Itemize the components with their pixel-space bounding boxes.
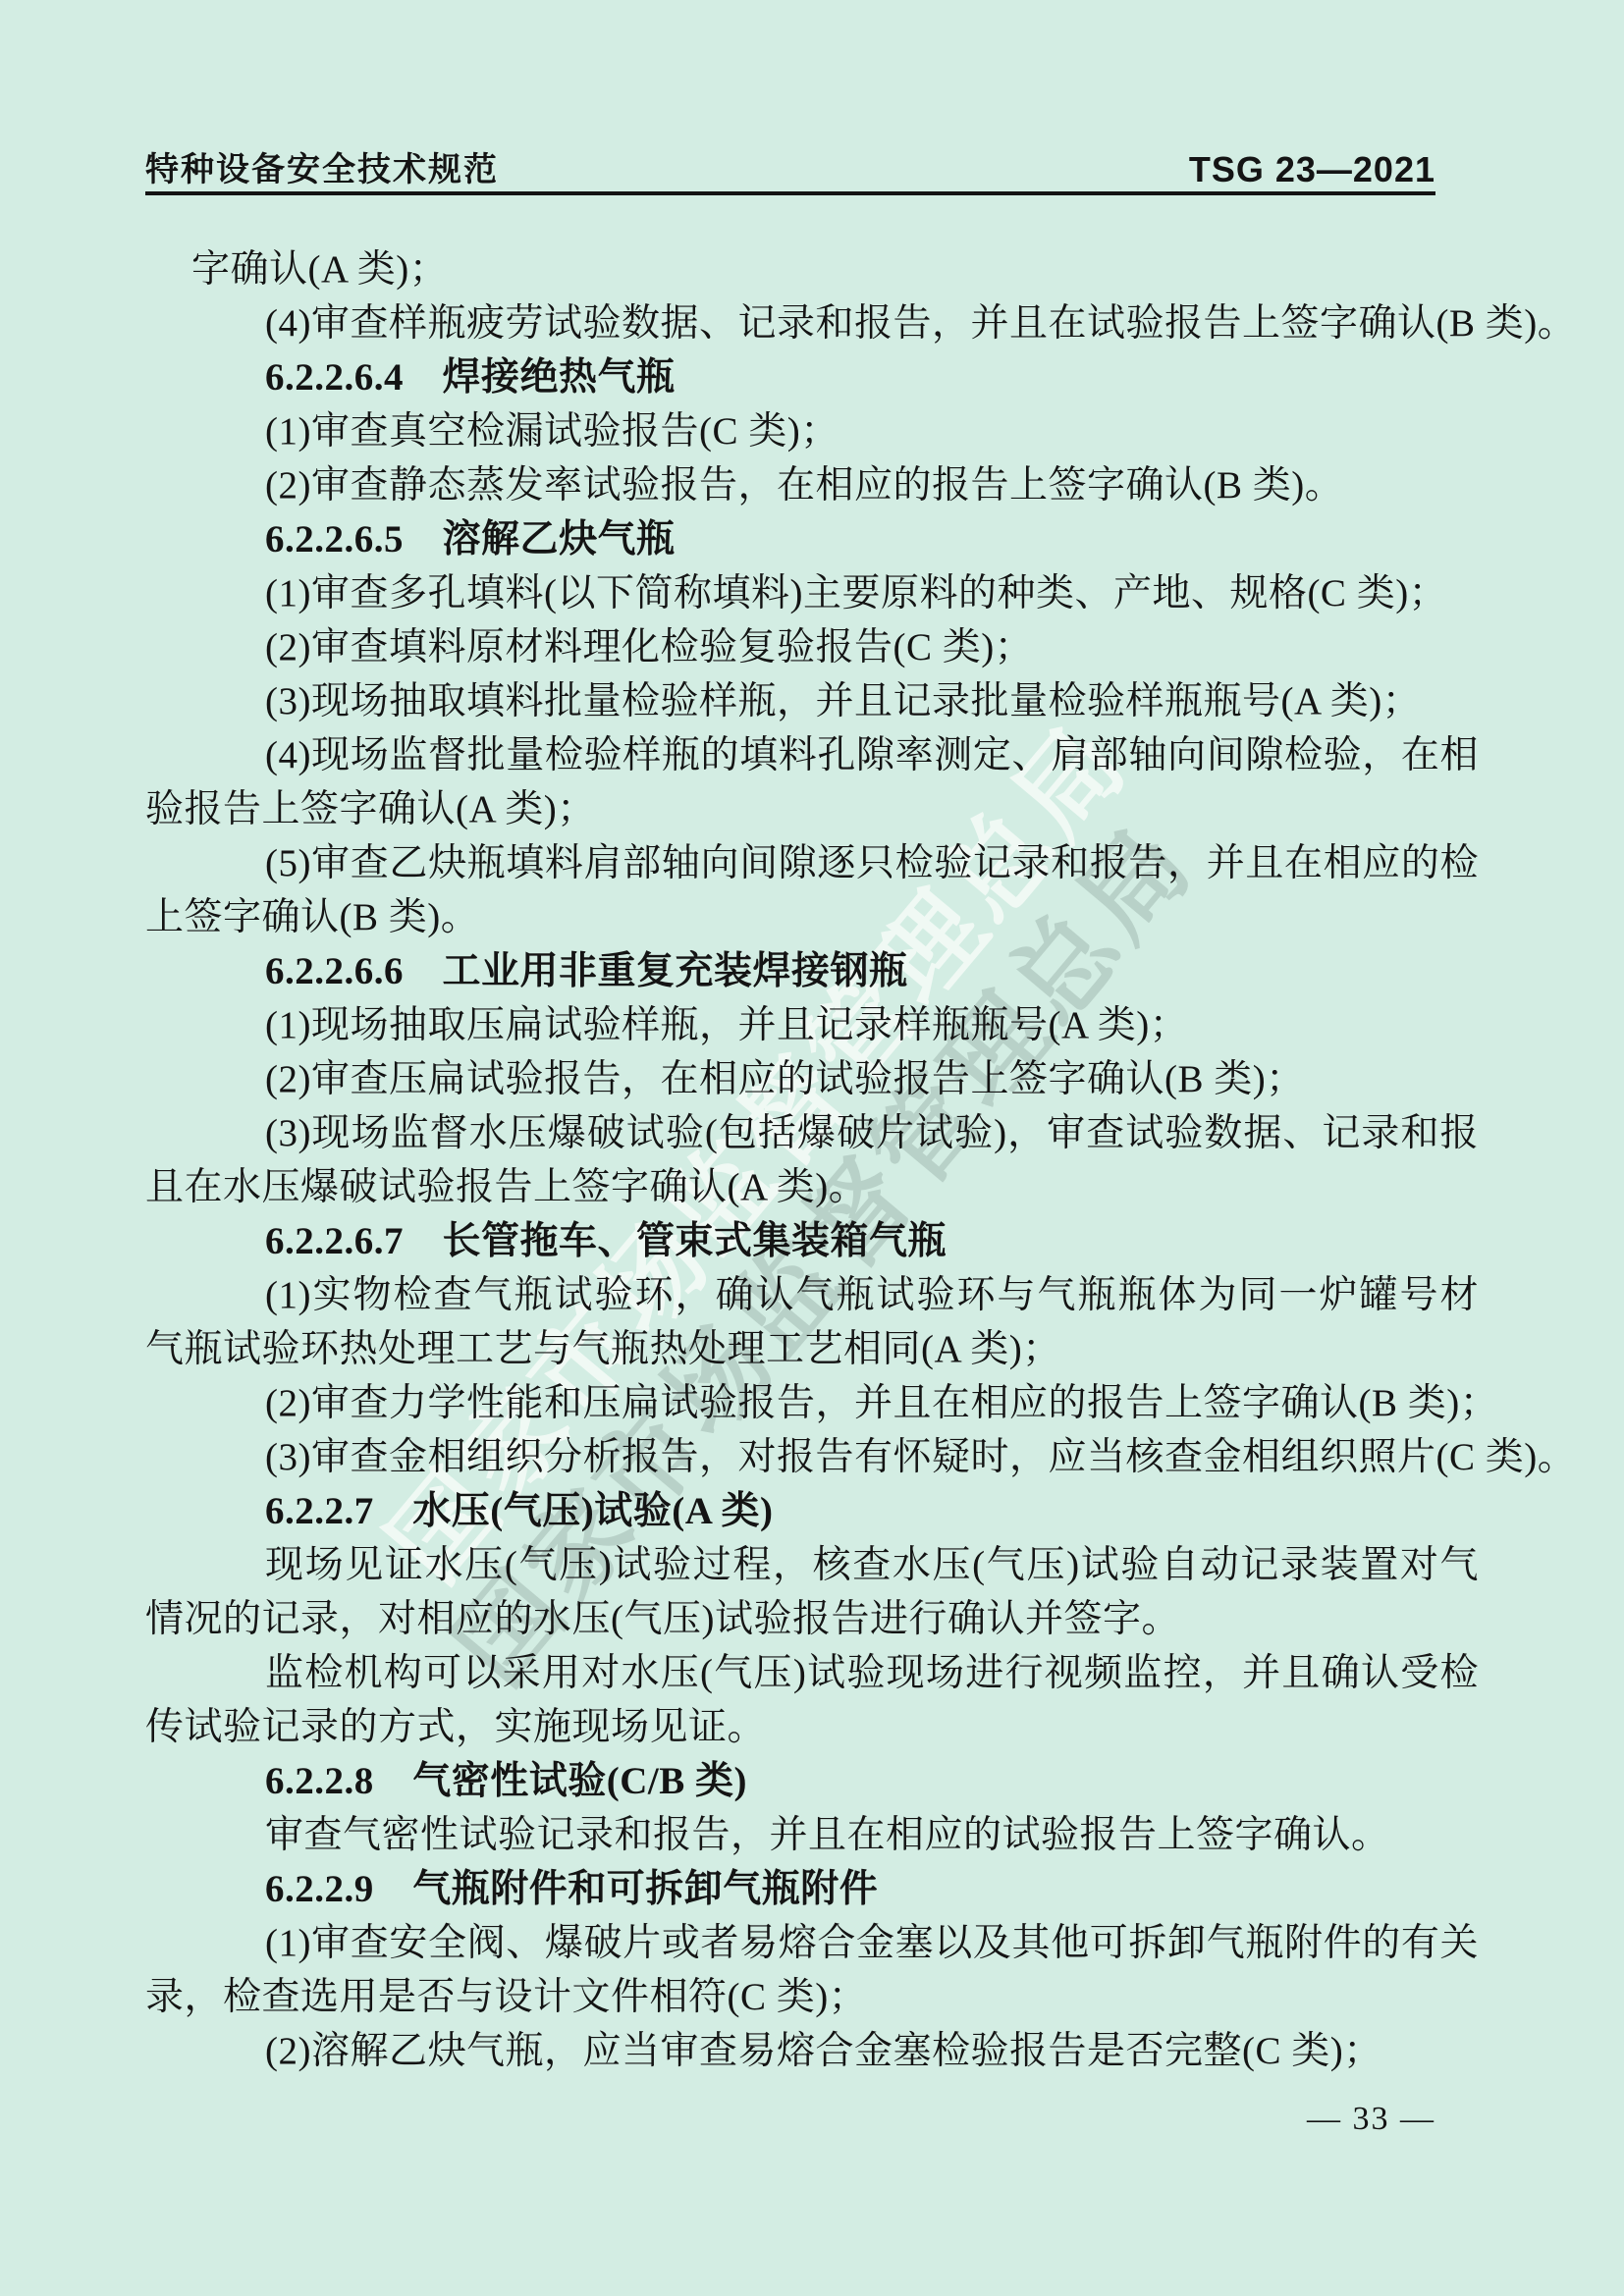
text-line: (2)审查压扁试验报告，在相应的试验报告上签字确认(B 类)； bbox=[145, 1052, 1479, 1106]
text-line: (3)现场抽取填料批量检验样瓶，并且记录批量检验样瓶瓶号(A 类)； bbox=[145, 674, 1479, 728]
text-line: (1)审查真空检漏试验报告(C 类)； bbox=[145, 404, 1479, 458]
text-line: 6.2.2.6.4 焊接绝热气瓶 bbox=[145, 350, 1479, 404]
text-line: (4)审查样瓶疲劳试验数据、记录和报告，并且在试验报告上签字确认(B 类)。 bbox=[145, 296, 1479, 350]
text-line: 上签字确认(B 类)。 bbox=[145, 890, 1479, 944]
text-line: 情况的记录，对相应的水压(气压)试验报告进行确认并签字。 bbox=[145, 1592, 1479, 1646]
page-header: 特种设备安全技术规范 TSG 23—2021 bbox=[145, 147, 1435, 190]
body-text: 字确认(A 类)；(4)审查样瓶疲劳试验数据、记录和报告，并且在试验报告上签字确… bbox=[145, 242, 1479, 2078]
text-line: (2)溶解乙炔气瓶，应当审查易熔合金塞检验报告是否完整(C 类)； bbox=[145, 2024, 1479, 2078]
text-line: (1)现场抽取压扁试验样瓶，并且记录样瓶瓶号(A 类)； bbox=[145, 998, 1479, 1052]
text-line: 6.2.2.6.7 长管拖车、管束式集装箱气瓶 bbox=[145, 1214, 1479, 1268]
text-line: 6.2.2.8 气密性试验(C/B 类) bbox=[145, 1754, 1479, 1808]
text-line: 字确认(A 类)； bbox=[145, 242, 1479, 296]
text-line: (1)实物检查气瓶试验环，确认气瓶试验环与气瓶瓶体为同一炉罐号材料，确认 bbox=[145, 1268, 1479, 1322]
text-line: 监检机构可以采用对水压(气压)试验现场进行视频监控，并且确认受检单位上 bbox=[145, 1646, 1479, 1700]
text-line: 现场见证水压(气压)试验过程，核查水压(气压)试验自动记录装置对气瓶试验 bbox=[145, 1538, 1479, 1592]
document-page: 国家市场监督管理总局 国家市场监督管理总局 特种设备安全技术规范 TSG 23—… bbox=[0, 0, 1624, 2296]
text-line: 气瓶试验环热处理工艺与气瓶热处理工艺相同(A 类)； bbox=[145, 1322, 1479, 1376]
text-line: (4)现场监督批量检验样瓶的填料孔隙率测定、肩部轴向间隙检验，在相应的检 bbox=[145, 728, 1479, 782]
header-rule bbox=[145, 191, 1435, 195]
text-line: (3)现场监督水压爆破试验(包括爆破片试验)，审查试验数据、记录和报告，并 bbox=[145, 1106, 1479, 1160]
text-line: (2)审查填料原材料理化检验复验报告(C 类)； bbox=[145, 620, 1479, 674]
text-line: (2)审查静态蒸发率试验报告，在相应的报告上签字确认(B 类)。 bbox=[145, 458, 1479, 512]
text-line: 6.2.2.7 水压(气压)试验(A 类) bbox=[145, 1484, 1479, 1538]
text-line: 6.2.2.6.5 溶解乙炔气瓶 bbox=[145, 512, 1479, 566]
text-line: 传试验记录的方式，实施现场见证。 bbox=[145, 1700, 1479, 1754]
text-line: 验报告上签字确认(A 类)； bbox=[145, 782, 1479, 836]
text-line: 审查气密性试验记录和报告，并且在相应的试验报告上签字确认。 bbox=[145, 1808, 1479, 1862]
text-line: (1)审查多孔填料(以下简称填料)主要原料的种类、产地、规格(C 类)； bbox=[145, 566, 1479, 620]
text-line: 6.2.2.6.6 工业用非重复充装焊接钢瓶 bbox=[145, 944, 1479, 998]
text-line: 且在水压爆破试验报告上签字确认(A 类)。 bbox=[145, 1160, 1479, 1214]
page-number: — 33 — bbox=[1307, 2101, 1435, 2138]
text-line: 6.2.2.9 气瓶附件和可拆卸气瓶附件 bbox=[145, 1862, 1479, 1916]
text-line: (5)审查乙炔瓶填料肩部轴向间隙逐只检验记录和报告，并且在相应的检验报告 bbox=[145, 836, 1479, 890]
text-line: (3)审查金相组织分析报告，对报告有怀疑时，应当核查金相组织照片(C 类)。 bbox=[145, 1430, 1479, 1484]
text-line: (1)审查安全阀、爆破片或者易熔合金塞以及其他可拆卸气瓶附件的有关装配记 bbox=[145, 1916, 1479, 1970]
header-document-code: TSG 23—2021 bbox=[1189, 149, 1435, 190]
text-line: (2)审查力学性能和压扁试验报告，并且在相应的报告上签字确认(B 类)； bbox=[145, 1376, 1479, 1430]
header-title: 特种设备安全技术规范 bbox=[145, 142, 499, 190]
text-line: 录，检查选用是否与设计文件相符(C 类)； bbox=[145, 1970, 1479, 2024]
